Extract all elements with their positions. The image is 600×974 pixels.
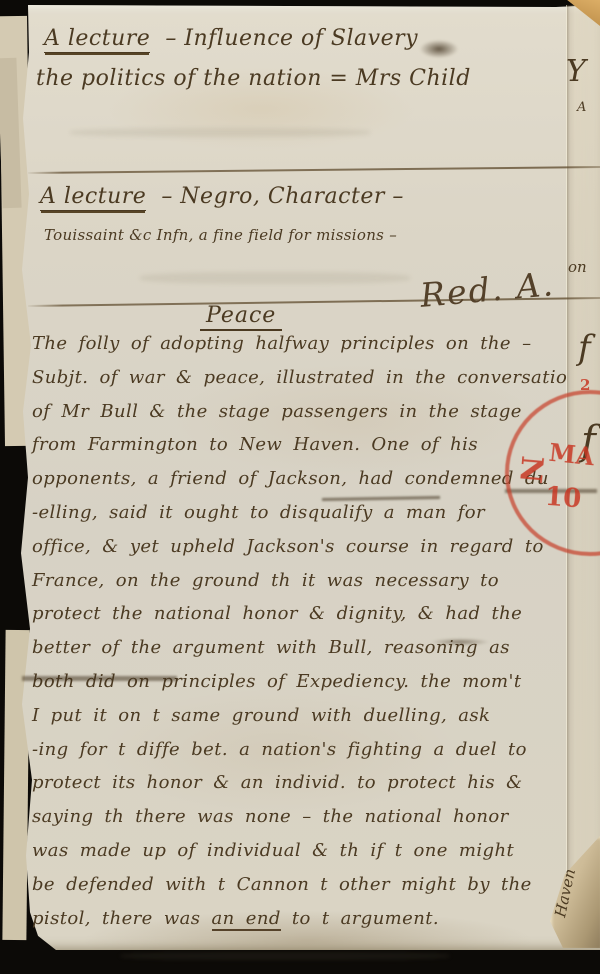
manuscript-line: The folly of adopting halfway principles… [32, 333, 531, 367]
manuscript-scan: A lecture – Influence of Slavery the pol… [0, 0, 600, 974]
lecture-entry-1-title: A lecture – Influence of Slavery [44, 26, 418, 51]
manuscript-line: protect the national honor & dignity, & … [32, 603, 522, 637]
ink-bleedthrough [70, 128, 370, 137]
manuscript-line: -elling, said it ought to disqualify a m… [32, 502, 485, 536]
ink-bleedthrough [140, 272, 410, 284]
postal-stamp-rim-letter: N [512, 454, 549, 484]
ink-smear [22, 676, 177, 681]
manuscript-line: France, on the ground th it was necessar… [32, 570, 499, 604]
peace-section-heading: Peace [200, 303, 282, 331]
last-line-pre: pistol, there was [32, 908, 212, 929]
lecture-entry-1-subject: – Influence of Slavery [165, 26, 418, 51]
lecture-entry-2-title: A lecture – Negro, Character – [40, 184, 404, 209]
lecture-entry-1-line2: the politics of the nation = Mrs Child [36, 66, 471, 91]
edge-fragment: Y [566, 54, 586, 89]
postal-stamp-day: 10 [544, 482, 582, 514]
manuscript-line: protect its honor & an individ. to prote… [32, 772, 523, 806]
lecture-entry-1-title-underlined: A lecture [44, 26, 150, 53]
manuscript-line: opponents, a friend of Jackson, had cond… [32, 468, 549, 502]
manuscript-line: from Farmington to New Haven. One of his [32, 434, 478, 468]
edge-fragment: f [578, 328, 591, 368]
manuscript-line: office, & yet upheld Jackson's course in… [32, 536, 544, 570]
manuscript-line: was made up of individual & th if t one … [32, 840, 514, 874]
manuscript-line-last: pistol, there was an end to t argument. [32, 908, 439, 942]
lecture-entry-2-subject: – Negro, Character – [161, 184, 404, 209]
manuscript-line: saying th there was none – the national … [32, 806, 509, 840]
manuscript-line: -ing for t diffe bet. a nation's fightin… [32, 739, 527, 773]
manuscript-line: Subjt. of war & peace, illustrated in th… [32, 367, 567, 401]
lecture-entry-2-title-underlined: A lecture [40, 184, 146, 211]
last-line-underlined: an end [212, 908, 281, 931]
lecture-entry-2-subline: Touissaint &c Infn, a fine field for mis… [44, 226, 397, 244]
manuscript-line: be defended with t Cannon t other might … [32, 874, 532, 908]
postal-stamp-rim-mark: 2 [580, 376, 590, 394]
edge-fragment: on [568, 258, 587, 276]
ink-blot [420, 40, 458, 58]
postal-stamp-month: MA [548, 438, 596, 472]
ink-bleedthrough [120, 952, 450, 960]
edge-fragment: A [577, 100, 586, 115]
manuscript-line: I put it on t same ground with duelling,… [32, 705, 490, 739]
manuscript-line: of Mr Bull & the stage passengers in the… [32, 401, 522, 435]
ink-spots [430, 638, 490, 646]
last-line-post: to t argument. [281, 908, 439, 929]
